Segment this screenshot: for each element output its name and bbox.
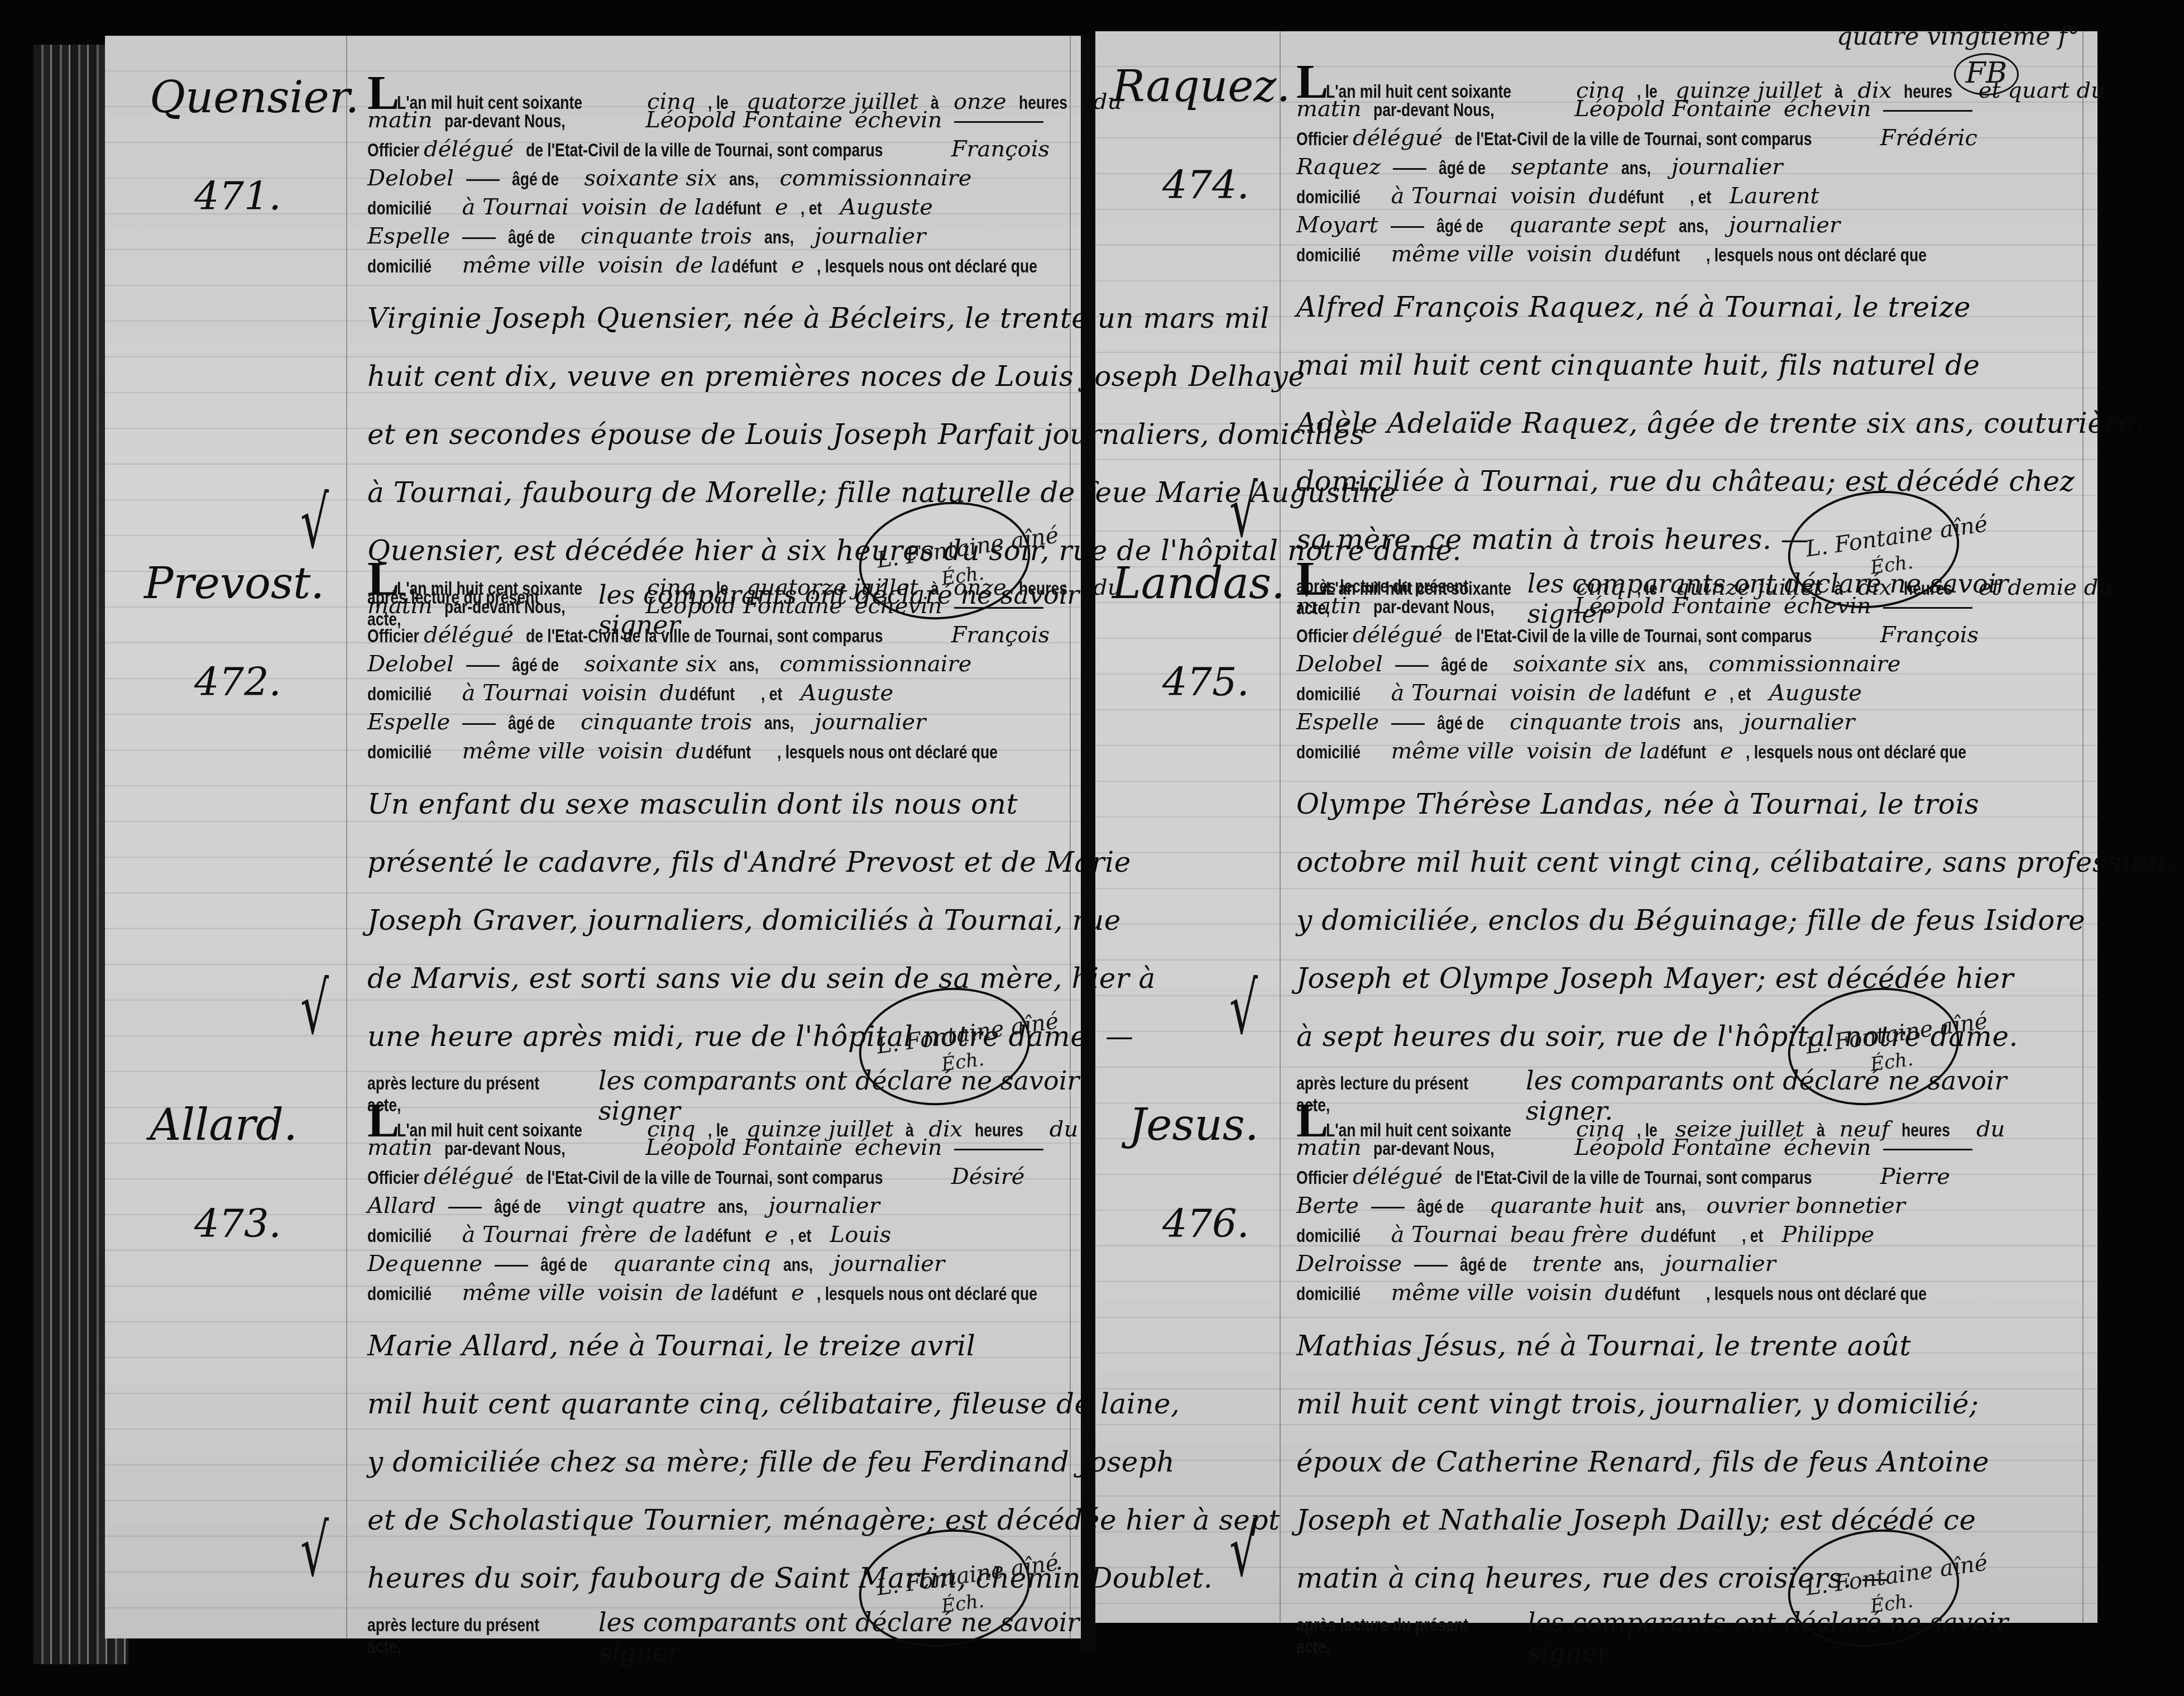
witness2-surname: Delroisse	[1296, 1251, 1402, 1277]
printed-text: par-devant Nous,	[444, 596, 566, 618]
printed-text: , et	[761, 684, 782, 705]
printed-text: par-devant Nous,	[1373, 99, 1495, 121]
printed-text: domicilié	[367, 742, 432, 763]
printed-text: de l'Etat-Civil de la ville de Tournai, …	[526, 140, 883, 161]
officer-name: Léopold Fontaine	[645, 1135, 842, 1160]
filler-dash	[495, 1265, 528, 1267]
printed-text: à	[931, 92, 939, 114]
printed-text: défunt	[1618, 187, 1664, 208]
printed-text: , le	[1637, 81, 1658, 103]
body-line: présenté le cadavre, fils d'André Prevos…	[367, 833, 1127, 891]
form-line-4: Raquez âgé de septante ans, journalier	[1296, 154, 2056, 183]
body-line: domiciliée à Tournai, rue du château; es…	[1296, 452, 2056, 510]
officer-title: échevin	[855, 593, 942, 619]
body-line: Olympe Thérèse Landas, née à Tournai, le…	[1296, 775, 2056, 833]
witness1-surname: Delobel	[1296, 651, 1383, 677]
printed-text: après lecture du présent acte,	[367, 1614, 562, 1658]
margin-rule	[1280, 31, 1281, 1623]
printed-text: heures	[1904, 81, 1952, 103]
witness2-age: cinquante trois	[1510, 709, 1681, 735]
body-line: mil huit cent vingt trois, journalier, y…	[1296, 1375, 2056, 1433]
printed-text: défunt	[732, 256, 777, 278]
hour: onze	[954, 89, 1007, 114]
form-line-6: Dequenne âgé de quarante cinq ans, journ…	[367, 1251, 1127, 1280]
witness2-age: cinquante trois	[581, 709, 752, 735]
filler-dash	[466, 665, 500, 667]
body-line: et en secondes épouse de Louis Joseph Pa…	[367, 405, 1127, 464]
printed-text: domicilié	[367, 684, 432, 705]
witness2-surname: Espelle	[1296, 709, 1379, 735]
filler-dash	[1395, 665, 1429, 667]
hour-suffix: et quart du	[1979, 78, 2105, 103]
witness1-surname: Delobel	[367, 651, 454, 677]
officer-title: échevin	[1784, 593, 1871, 619]
form-line-4: Berte âgé de quarante huit ans, ouvrier …	[1296, 1193, 2056, 1222]
printed-text: âgé de	[512, 654, 559, 676]
printed-text: , lesquels nous ont déclaré que	[1746, 742, 1966, 763]
witness1-first-name: François	[951, 136, 1050, 162]
printed-text: ans,	[729, 169, 759, 190]
filler-dash	[1883, 1149, 1972, 1150]
witness1-relation: frère	[581, 1222, 637, 1248]
drop-cap: L	[367, 1106, 399, 1135]
witness1-age: septante	[1511, 154, 1609, 180]
witness2-surname: Espelle	[367, 223, 450, 249]
printed-text: âgé de	[1436, 216, 1483, 237]
witness1-age: vingt quatre	[567, 1193, 706, 1219]
form-line-3: Officier délégué de l'Etat-Civil de la v…	[1296, 622, 2056, 651]
gender-suffix: e	[1720, 738, 1733, 764]
body-line: et de Scholastique Tournier, ménagère; e…	[367, 1491, 1127, 1549]
body-line: mai mil huit cent cinquante huit, fils n…	[1296, 336, 2056, 394]
printed-text: domicilié	[1296, 245, 1361, 266]
form-line-5: domicilié à Tournai voisin de la défunt …	[1296, 680, 2056, 709]
delegated: délégué	[1353, 622, 1443, 648]
printed-text: heures	[1902, 1120, 1950, 1141]
body-line: y domiciliée, enclos du Béguinage; fille…	[1296, 891, 2056, 949]
filler-dash	[1393, 168, 1426, 170]
closing-statement: les comparants ont déclaré ne savoir sig…	[598, 1607, 1127, 1668]
officer-title: échevin	[855, 1135, 942, 1160]
printed-text: âgé de	[1439, 157, 1486, 179]
printed-text: âgé de	[1437, 713, 1484, 734]
officer-name: Léopold Fontaine	[645, 107, 842, 133]
body-line: de Marvis, est sorti sans vie du sein de…	[367, 949, 1127, 1007]
printed-text: domicilié	[1296, 1283, 1361, 1305]
witness1-surname: Berte	[1296, 1193, 1359, 1219]
check-mark-icon: √	[1229, 967, 1258, 1050]
gender-suffix: e	[765, 1222, 778, 1248]
witness2-first-name: Louis	[830, 1222, 892, 1248]
filler-dash	[1391, 226, 1424, 228]
printed-text: par-devant Nous,	[444, 1138, 566, 1160]
witness1-domicile: à Tournai	[1391, 1222, 1498, 1248]
printed-text: ans,	[1693, 713, 1723, 734]
witness1-of: de la	[659, 194, 715, 220]
folio-annotation: quatre vingtième f°	[1837, 22, 2080, 51]
signature-title: Éch.	[940, 1048, 985, 1076]
form-line-4: Delobel âgé de soixante six ans, commiss…	[1296, 651, 2056, 680]
printed-text: ans,	[1679, 216, 1708, 237]
delegated: délégué	[424, 622, 514, 648]
printed-text: ans,	[764, 713, 794, 734]
form-line-6: Espelle âgé de cinquante trois ans, jour…	[367, 223, 1127, 252]
body-line: Alfred François Raquez, né à Tournai, le…	[1296, 278, 2056, 336]
body-line: Marie Allard, née à Tournai, le treize a…	[367, 1317, 1127, 1375]
form-line-1: L L'an mil huit cent soixante cinq , le …	[1296, 1106, 2056, 1135]
witness1-relation: voisin	[581, 194, 648, 220]
form-line-7: domicilié même ville voisin de la défunt…	[367, 252, 1127, 281]
body-line: Joseph Graver, journaliers, domiciliés à…	[367, 891, 1127, 949]
check-mark-icon: √	[300, 481, 329, 565]
check-mark-icon: √	[300, 1509, 329, 1592]
filler-dash	[1883, 607, 1972, 609]
witness2-domicile: même ville	[1391, 1280, 1514, 1306]
witness2-domicile: même ville	[462, 252, 585, 278]
printed-text: défunt	[732, 1283, 777, 1305]
delegated: délégué	[1353, 125, 1443, 151]
drop-cap: L	[1296, 67, 1328, 96]
witness1-first-name: Pierre	[1880, 1164, 1950, 1189]
witness1-first-name: François	[951, 622, 1050, 648]
printed-text: domicilié	[367, 1283, 432, 1305]
witness1-of: de la	[649, 1222, 705, 1248]
printed-text: ans,	[729, 654, 759, 676]
printed-text: ans,	[1621, 157, 1651, 179]
witness2-age: trente	[1532, 1251, 1602, 1277]
printed-text: domicilié	[367, 256, 432, 278]
witness2-relation: voisin	[597, 1280, 664, 1306]
officer-title: échevin	[855, 107, 942, 133]
form-line-7: domicilié même ville voisin de la défunt…	[1296, 738, 2056, 767]
printed-text: âgé de	[508, 227, 555, 249]
printed-text: âgé de	[540, 1254, 587, 1276]
printed-text: ans,	[1658, 654, 1688, 676]
form-line-2: matin par-devant Nous, Léopold Fontaine …	[367, 107, 1127, 136]
printed-text: heures	[1019, 92, 1067, 114]
margin-surname: Jesus.	[1129, 1100, 1259, 1150]
check-mark-icon: √	[300, 967, 329, 1050]
body-line: Joseph et Olympe Joseph Mayer; est décéd…	[1296, 949, 2056, 1007]
printed-text: âgé de	[1441, 654, 1488, 676]
margin-surname: Raquez.	[1112, 61, 1290, 112]
gender-suffix: e	[1704, 680, 1717, 706]
printed-text: ans,	[718, 1196, 748, 1218]
hour-suffix: du	[1976, 1116, 2005, 1142]
body-line: époux de Catherine Renard, fils de feus …	[1296, 1433, 2056, 1491]
filler-dash	[466, 179, 500, 181]
printed-text: de l'Etat-Civil de la ville de Tournai, …	[526, 1167, 883, 1189]
form-line-5: domicilié à Tournai voisin du défunt , e…	[367, 680, 1127, 709]
printed-text: défunt	[1645, 684, 1690, 705]
witness1-age: soixante six	[584, 651, 717, 677]
printed-text: , et	[1690, 187, 1711, 208]
witness1-relation: voisin	[1510, 680, 1577, 706]
record-number: 473.	[194, 1201, 281, 1246]
margin-surname: Allard.	[150, 1100, 298, 1150]
printed-text: défunt	[716, 198, 761, 219]
witness2-surname: Espelle	[367, 709, 450, 735]
form-line-1: L L'an mil huit cent soixante cinq , le …	[367, 78, 1127, 107]
signature-title: Éch.	[940, 1590, 985, 1618]
printed-text: , lesquels nous ont déclaré que	[1706, 1283, 1927, 1305]
witness1-surname: Allard	[367, 1193, 436, 1219]
witness2-of: du	[1605, 241, 1634, 267]
printed-text: par-devant Nous,	[1373, 596, 1495, 618]
witness1-relation: beau frère	[1510, 1222, 1629, 1248]
check-mark-icon: √	[1229, 1509, 1258, 1592]
printed-text: heures	[1904, 578, 1952, 600]
filler-dash	[1371, 1207, 1405, 1208]
delegated: délégué	[1353, 1164, 1443, 1189]
printed-text: Officier	[367, 1167, 419, 1189]
witness1-relation: voisin	[1510, 183, 1577, 209]
witness2-domicile: même ville	[462, 738, 585, 764]
printed-text: , lesquels nous ont déclaré que	[817, 1283, 1037, 1305]
witness1-domicile: à Tournai	[1391, 183, 1498, 209]
signature-title: Éch.	[1869, 1048, 1914, 1076]
witness2-domicile: même ville	[1391, 738, 1514, 764]
form-line-4: Delobel âgé de soixante six ans, commiss…	[367, 165, 1127, 194]
witness1-occupation: ouvrier bonnetier	[1707, 1193, 1905, 1219]
form-line-3: Officier délégué de l'Etat-Civil de la v…	[1296, 125, 2056, 154]
form-line-6: Espelle âgé de cinquante trois ans, jour…	[1296, 709, 2056, 738]
witness2-of: de la	[676, 1280, 731, 1306]
witness2-occupation: journalier	[1744, 709, 1855, 735]
form-line-3: Officier délégué de l'Etat-Civil de la v…	[367, 136, 1127, 165]
printed-text: à	[1817, 1120, 1825, 1141]
printed-text: à	[1835, 578, 1843, 600]
form-line-5: domicilié à Tournai voisin de la défunt …	[367, 194, 1127, 223]
gender-suffix: e	[791, 1280, 804, 1306]
form-line-5: domicilié à Tournai voisin du défunt , e…	[1296, 183, 2056, 212]
form-line-6: Moyart âgé de quarante sept ans, journal…	[1296, 212, 2056, 241]
hour-suffix: du	[1050, 1116, 1078, 1142]
form-line-7: domicilié même ville voisin du défunt , …	[1296, 1280, 2056, 1309]
printed-text: domicilié	[1296, 187, 1361, 208]
witness1-domicile: à Tournai	[1391, 680, 1498, 706]
form-line-6: Delroisse âgé de trente ans, journalier	[1296, 1251, 2056, 1280]
witness1-surname: Delobel	[367, 165, 454, 191]
printed-text: à	[906, 1120, 914, 1141]
witness1-occupation: commissionnaire	[779, 651, 971, 677]
printed-text: de l'Etat-Civil de la ville de Tournai, …	[526, 625, 883, 647]
witness2-of: de la	[1605, 738, 1660, 764]
printed-text: , et	[1730, 684, 1751, 705]
printed-text: ans,	[783, 1254, 813, 1276]
form-line-3: Officier délégué de l'Etat-Civil de la v…	[367, 622, 1127, 651]
witness2-domicile: même ville	[462, 1280, 585, 1306]
witness1-relation: voisin	[581, 680, 648, 706]
form-line-5: domicilié à Tournai beau frère du défunt…	[1296, 1222, 2056, 1251]
printed-text: par-devant Nous,	[444, 111, 566, 132]
printed-text: de l'Etat-Civil de la ville de Tournai, …	[1455, 625, 1812, 647]
body-line: y domiciliée chez sa mère; fille de feu …	[367, 1433, 1127, 1491]
hour: onze	[954, 575, 1007, 600]
filler-dash	[462, 237, 496, 239]
printed-text: ans,	[764, 227, 794, 249]
printed-text: , le	[708, 1120, 729, 1141]
witness2-surname: Moyart	[1296, 212, 1378, 238]
witness2-relation: voisin	[597, 252, 664, 278]
officer-title: échevin	[1784, 1135, 1871, 1160]
witness2-first-name: Auguste	[801, 680, 893, 706]
printed-text: défunt	[1670, 1225, 1716, 1247]
witness1-age: soixante six	[1513, 651, 1646, 677]
form-line-7: domicilié même ville voisin du défunt , …	[367, 738, 1127, 767]
record-number: 472.	[194, 659, 281, 705]
filler-dash	[1883, 110, 1972, 112]
margin-surname: Prevost.	[144, 558, 324, 609]
form-line-6: Espelle âgé de cinquante trois ans, jour…	[367, 709, 1127, 738]
witness2-occupation: journalier	[834, 1251, 945, 1277]
witness2-of: du	[676, 738, 705, 764]
witness2-first-name: Laurent	[1730, 183, 1819, 209]
body-line: octobre mil huit cent vingt cinq, céliba…	[1296, 833, 2056, 891]
printed-text: âgé de	[494, 1196, 541, 1218]
form-line-3: Officier délégué de l'Etat-Civil de la v…	[367, 1164, 1127, 1193]
drop-cap: L	[367, 78, 399, 107]
witness1-occupation: commissionnaire	[1708, 651, 1900, 677]
printed-text: défunt	[689, 684, 735, 705]
printed-text: ans,	[1656, 1196, 1685, 1218]
record-number: 476.	[1162, 1201, 1249, 1246]
witness2-of: de la	[676, 252, 731, 278]
witness2-domicile: même ville	[1391, 241, 1514, 267]
printed-text: de l'Etat-Civil de la ville de Tournai, …	[1455, 1167, 1812, 1189]
form-line-2: matin par-devant Nous, Léopold Fontaine …	[367, 593, 1127, 622]
body-line: à Tournai, faubourg de Morelle; fille na…	[367, 464, 1127, 522]
witness2-of: du	[1605, 1280, 1634, 1306]
witness2-surname: Dequenne	[367, 1251, 482, 1277]
drop-cap: L	[1296, 1106, 1328, 1135]
signature-title: Éch.	[1869, 1590, 1914, 1618]
printed-text: de l'Etat-Civil de la ville de Tournai, …	[1455, 128, 1812, 150]
printed-text: domicilié	[1296, 742, 1361, 763]
printed-text: après lecture du présent acte,	[1296, 1614, 1491, 1658]
witness1-occupation: journalier	[768, 1193, 879, 1219]
printed-text: domicilié	[367, 1225, 432, 1247]
witness1-first-name: François	[1880, 622, 1979, 648]
printed-text: , le	[708, 92, 729, 114]
printed-text: défunt	[1635, 1283, 1680, 1305]
margin-surname: Quensier.	[150, 73, 359, 123]
witness1-of: du	[1641, 1222, 1669, 1248]
witness1-domicile: à Tournai	[462, 194, 569, 220]
check-mark-icon: √	[1229, 470, 1258, 553]
printed-text: domicilié	[367, 198, 432, 219]
gender-suffix: e	[775, 194, 788, 220]
officer-name: Léopold Fontaine	[1574, 593, 1771, 619]
printed-text: domicilié	[1296, 1225, 1361, 1247]
body-line: Virginie Joseph Quensier, née à Bécleirs…	[367, 289, 1127, 347]
printed-text: Officier	[1296, 128, 1348, 150]
filler-dash	[1391, 723, 1425, 725]
printed-text: défunt	[706, 1225, 751, 1247]
witness2-age: quarante sept	[1508, 212, 1666, 238]
witness1-occupation: commissionnaire	[779, 165, 971, 191]
printed-text: domicilié	[1296, 684, 1361, 705]
printed-text: par-devant Nous,	[1373, 1138, 1495, 1160]
witness2-age: cinquante trois	[581, 223, 752, 249]
witness2-relation: voisin	[597, 738, 664, 764]
body-line: huit cent dix, veuve en premières noces …	[367, 347, 1127, 405]
form-line-5: domicilié à Tournai frère de la défunt e…	[367, 1222, 1127, 1251]
printed-text: , et	[1742, 1225, 1763, 1247]
gender-suffix: e	[791, 252, 804, 278]
witness2-age: quarante cinq	[613, 1251, 771, 1277]
hour-suffix: et demie du	[1979, 575, 2113, 600]
printed-text: âgé de	[1417, 1196, 1464, 1218]
officer-name: Léopold Fontaine	[1574, 1135, 1771, 1160]
witness2-occupation: journalier	[1729, 212, 1840, 238]
printed-text: Officier	[1296, 625, 1348, 647]
printed-text: , et	[790, 1225, 811, 1247]
witness1-of: du	[1588, 183, 1617, 209]
printed-text: , lesquels nous ont déclaré que	[1706, 245, 1927, 266]
witness2-relation: voisin	[1526, 738, 1593, 764]
record-number: 475.	[1162, 659, 1249, 705]
body-line: mil huit cent quarante cinq, célibataire…	[367, 1375, 1127, 1433]
printed-text: , le	[1637, 578, 1658, 600]
officer-title: échevin	[1784, 96, 1871, 122]
form-line-3: Officier délégué de l'Etat-Civil de la v…	[1296, 1164, 2056, 1193]
margin-rule	[346, 36, 347, 1638]
printed-text: , le	[708, 578, 729, 600]
witness1-domicile: à Tournai	[462, 1222, 569, 1248]
right-rule	[2082, 31, 2084, 1623]
printed-text: défunt	[706, 742, 751, 763]
filler-dash	[954, 121, 1043, 123]
witness2-first-name: Auguste	[840, 194, 933, 220]
witness2-first-name: Auguste	[1769, 680, 1862, 706]
printed-text: , lesquels nous ont déclaré que	[777, 742, 998, 763]
witness1-domicile: à Tournai	[462, 680, 569, 706]
printed-text: Officier	[1296, 1167, 1348, 1189]
record-number: 471.	[194, 173, 281, 219]
witness1-of: du	[659, 680, 688, 706]
witness1-occupation: journalier	[1671, 154, 1783, 180]
printed-text: , et	[801, 198, 822, 219]
filler-dash	[954, 1149, 1043, 1150]
printed-text: ans,	[1614, 1254, 1644, 1276]
filler-dash	[1414, 1265, 1448, 1267]
body-line: Un enfant du sexe masculin dont ils nous…	[367, 775, 1127, 833]
printed-text: âgé de	[1460, 1254, 1507, 1276]
witness2-first-name: Philippe	[1781, 1222, 1874, 1248]
witness2-occupation: journalier	[815, 223, 926, 249]
filler-dash	[448, 1207, 482, 1208]
body-line: Joseph et Nathalie Joseph Dailly; est dé…	[1296, 1491, 2056, 1549]
form-line-4: Delobel âgé de soixante six ans, commiss…	[367, 651, 1127, 680]
form-line-1: L L'an mil huit cent soixante cinq , le …	[1296, 564, 2056, 593]
witness1-age: quarante huit	[1489, 1193, 1644, 1219]
witness1-first-name: Frédéric	[1880, 125, 1977, 151]
form-line-1: L L'an mil huit cent soixante cinq , le …	[367, 1106, 1127, 1135]
body-line: Mathias Jésus, né à Tournai, le trente a…	[1296, 1317, 2056, 1375]
witness1-first-name: Désiré	[951, 1164, 1025, 1189]
witness1-of: de la	[1588, 680, 1644, 706]
printed-text: Officier	[367, 140, 419, 161]
witness2-relation: voisin	[1526, 1280, 1593, 1306]
witness2-occupation: journalier	[815, 709, 926, 735]
delegated: délégué	[424, 1164, 514, 1189]
closing-statement: les comparants ont déclaré ne savoir sig…	[1527, 1607, 2056, 1668]
witness1-age: soixante six	[584, 165, 717, 191]
printed-text: à	[931, 578, 939, 600]
printed-text: , lesquels nous ont déclaré que	[817, 256, 1037, 278]
witness2-occupation: journalier	[1664, 1251, 1775, 1277]
